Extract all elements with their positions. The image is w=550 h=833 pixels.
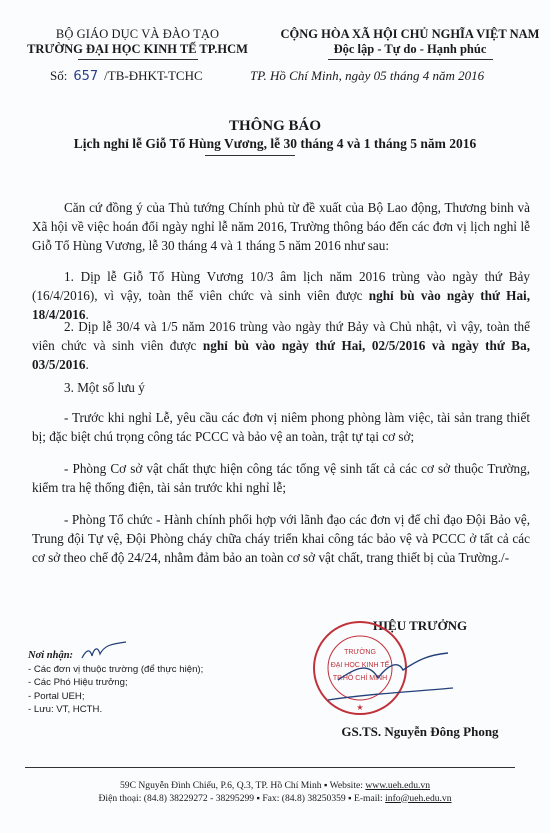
- nation-name: CỘNG HÒA XÃ HỘI CHỦ NGHĨA VIỆT NAM: [275, 27, 545, 42]
- subtitle-underline: [205, 155, 295, 156]
- date-line: TP. Hồ Chí Minh, ngày 05 tháng 4 năm 201…: [250, 68, 484, 84]
- footer: 59C Nguyễn Đình Chiểu, P.6, Q.3, TP. Hồ …: [0, 780, 550, 805]
- item-1: 1. Dịp lễ Giỗ Tổ Hùng Vương 10/3 âm lịch…: [32, 267, 530, 324]
- recipient-item: - Các đơn vị thuộc trường (để thực hiện)…: [28, 663, 203, 677]
- footer-address: 59C Nguyễn Đình Chiểu, P.6, Q.3, TP. Hồ …: [120, 780, 322, 791]
- motto-underline: [328, 59, 493, 60]
- note-3: - Phòng Tổ chức - Hành chính phối hợp vớ…: [32, 510, 530, 567]
- recipient-item: - Lưu: VT, HCTH.: [28, 703, 203, 717]
- footer-phone: Điện thoại: (84.8) 38229272 - 38295299: [98, 793, 254, 804]
- email-link[interactable]: info@ueh.edu.vn: [385, 793, 451, 804]
- motto: Độc lập - Tự do - Hạnh phúc: [275, 42, 545, 57]
- svg-text:★: ★: [356, 703, 363, 712]
- national-motto-block: CỘNG HÒA XÃ HỘI CHỦ NGHĨA VIỆT NAM Độc l…: [275, 27, 545, 60]
- signatory-name: GS.TS. Nguyễn Đông Phong: [320, 724, 520, 740]
- school-name: TRƯỜNG ĐẠI HỌC KINH TẾ TP.HCM: [0, 42, 275, 57]
- document-number-value: 657: [73, 69, 98, 84]
- recipients-block: Nơi nhận: - Các đơn vị thuộc trường (để …: [28, 663, 203, 717]
- initials-signature-icon: [80, 640, 130, 662]
- svg-text:ĐẠI HỌC KINH TẾ: ĐẠI HỌC KINH TẾ: [331, 659, 390, 669]
- item-2: 2. Dịp lễ 30/4 và 1/5 năm 2016 trùng vào…: [32, 317, 530, 374]
- note-1: - Trước khi nghỉ Lễ, yêu cầu các đơn vị …: [32, 408, 530, 446]
- issuer-underline: [78, 59, 198, 60]
- issuer-block: BỘ GIÁO DỤC VÀ ĐÀO TẠO TRƯỜNG ĐẠI HỌC KI…: [0, 27, 275, 60]
- footer-fax: Fax: (84.8) 38250359: [262, 793, 345, 804]
- website-link[interactable]: www.ueh.edu.vn: [365, 780, 430, 791]
- item-3-heading: 3. Một số lưu ý: [32, 378, 530, 397]
- footer-divider: [25, 767, 515, 768]
- intro-paragraph: Căn cứ đồng ý của Thủ tướng Chính phủ từ…: [32, 198, 530, 255]
- document-subtitle: Lịch nghỉ lễ Giỗ Tổ Hùng Vương, lễ 30 th…: [0, 136, 550, 152]
- ministry-name: BỘ GIÁO DỤC VÀ ĐÀO TẠO: [0, 27, 275, 42]
- recipient-item: - Các Phó Hiệu trưởng;: [28, 676, 203, 690]
- note-2: - Phòng Cơ sở vật chất thực hiện công tá…: [32, 459, 530, 497]
- document-number: Số:657/TB-ĐHKT-TCHC: [50, 68, 203, 84]
- official-seal-icon: TRƯỜNG ĐẠI HỌC KINH TẾ TP.HỒ CHÍ MINH ★: [308, 620, 458, 720]
- recipient-item: - Portal UEH;: [28, 690, 203, 704]
- svg-text:TRƯỜNG: TRƯỜNG: [344, 647, 376, 656]
- document-title: THÔNG BÁO: [0, 118, 550, 135]
